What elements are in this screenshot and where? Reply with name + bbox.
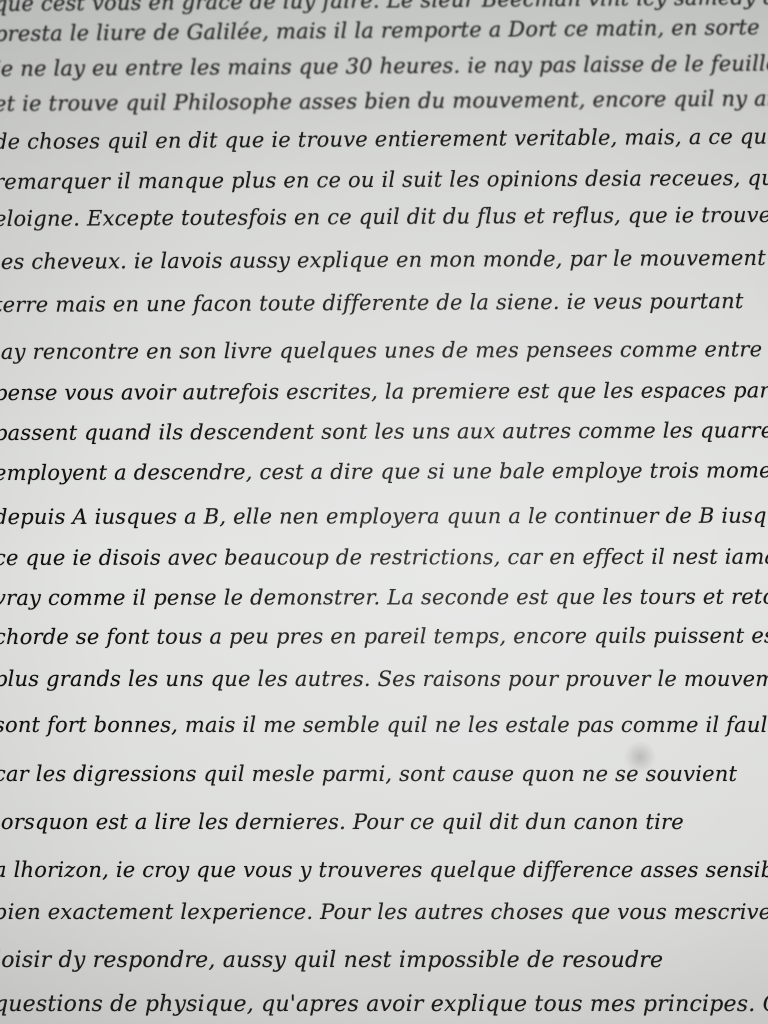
manuscript-line: car les digressions quil mesle parmi, so… [0, 762, 737, 786]
manuscript-line: ce que ie disois avec beaucoup de restri… [0, 545, 768, 570]
manuscript-line: loisir dy respondre, aussy quil nest imp… [0, 948, 663, 973]
manuscript-page: que cest vous en grace de luy faire. Le … [0, 0, 768, 1024]
manuscript-line: passent quand ils descendent sont les un… [0, 418, 768, 445]
manuscript-line: je ne lay eu entre les mains que 30 heur… [0, 51, 768, 81]
manuscript-line: bien exactement lexperience. Pour les au… [0, 900, 768, 924]
manuscript-line: presta le liure de Galilée, mais il la r… [0, 15, 760, 46]
manuscript-line: de choses quil en dit que ie trouve enti… [0, 125, 768, 154]
manuscript-line: depuis A iusques a B, elle nen employera… [0, 504, 768, 529]
manuscript-line: les cheveux. ie lavois aussy explique en… [0, 246, 766, 274]
manuscript-line: questions de physique, qu'apres avoir ex… [0, 992, 768, 1017]
manuscript-line: employent a descendre, cest a dire que s… [0, 458, 768, 485]
manuscript-line: pense vous avoir autrefois escrites, la … [0, 378, 768, 405]
manuscript-line: sont fort bonnes, mais il me semble quil… [0, 713, 768, 737]
manuscript-line: plus grands les uns que les autres. Ses … [0, 667, 768, 691]
manuscript-line: lorsquon est a lire les dernieres. Pour … [0, 810, 684, 834]
manuscript-line: a lhorizon, ie croy que vous y trouveres… [0, 858, 768, 882]
manuscript-line: terre mais en une facon toute differente… [0, 289, 744, 317]
manuscript-line: vray comme il pense le demonstrer. La se… [0, 585, 768, 610]
manuscript-line: chorde se font tous a peu pres en pareil… [0, 624, 768, 649]
manuscript-line: remarquer il manque plus en ce ou il sui… [0, 166, 768, 194]
manuscript-line: et ie trouve quil Philosophe asses bien … [0, 86, 768, 116]
manuscript-line: eloigne. Excepte toutesfois en ce quil d… [0, 203, 768, 231]
manuscript-line: que cest vous en grace de luy faire. Le … [0, 0, 768, 16]
manuscript-line: iay rencontre en son livre quelques unes… [0, 337, 762, 364]
